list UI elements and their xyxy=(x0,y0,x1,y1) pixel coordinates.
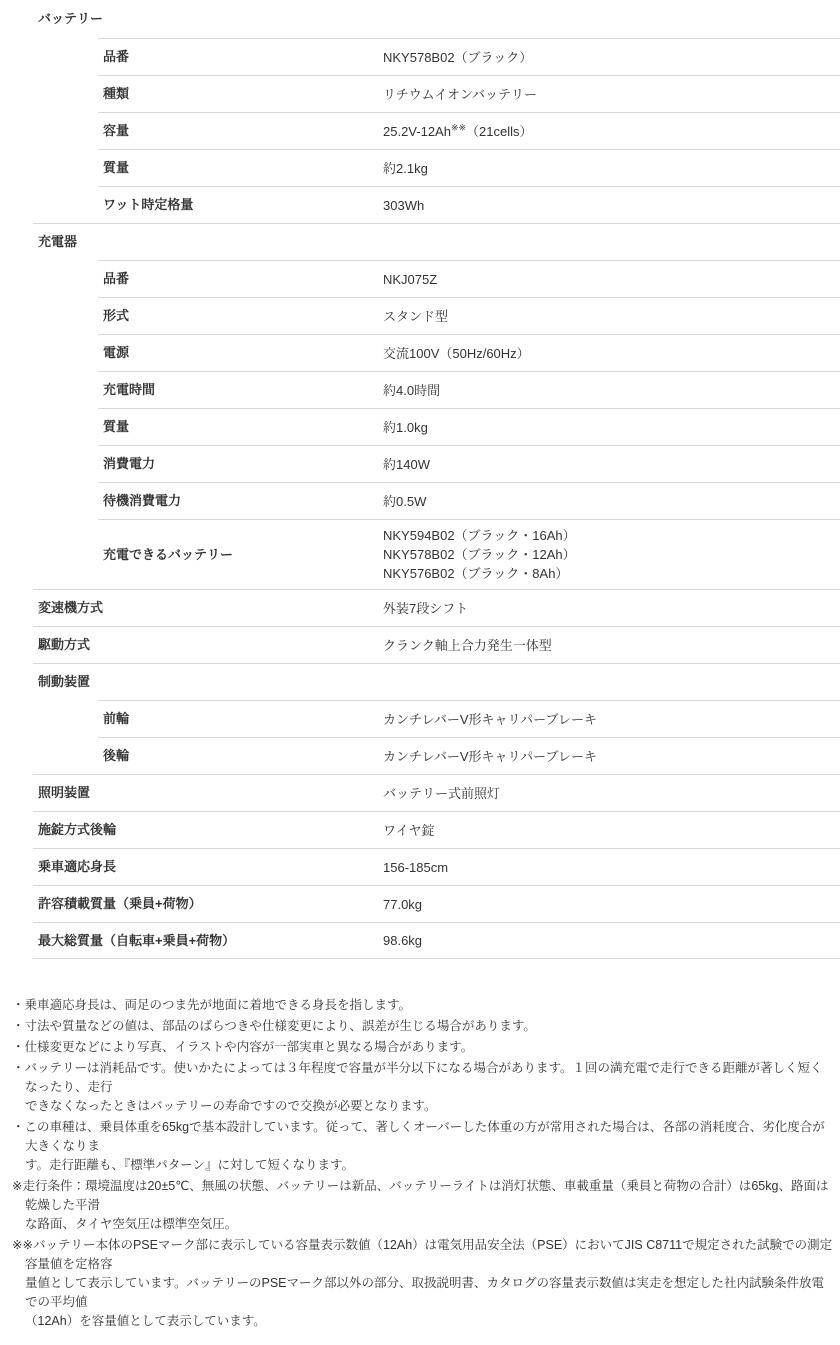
spec-label: 品番 xyxy=(103,270,383,288)
spec-label: 質量 xyxy=(103,418,383,436)
spec-value: 交流100V（50Hz/60Hz） xyxy=(383,344,840,363)
note-item: ・乗車適応身長は、両足のつま先が地面に着地できる身長を指します。 xyxy=(12,996,834,1015)
spec-label: 種類 xyxy=(103,85,383,103)
spec-row: 形式スタンド型 xyxy=(98,297,840,334)
spec-label: 後輪 xyxy=(103,747,383,765)
spec-row: 前輪カンチレバーV形キャリパーブレーキ xyxy=(98,700,840,737)
footnote-marker: ※※ xyxy=(451,122,466,132)
spec-label: 許容積載質量（乗員+荷物） xyxy=(38,895,383,913)
spec-value: 約4.0時間 xyxy=(383,381,840,400)
section-header-row: 制動装置 xyxy=(33,663,840,700)
spec-value: 156-185cm xyxy=(383,858,840,877)
spec-label: 充電時間 xyxy=(103,381,383,399)
section-header-label: 制動装置 xyxy=(38,673,383,691)
spec-row: ワット時定格量303Wh xyxy=(98,186,840,223)
spec-label: 最大総質量（自転車+乗員+荷物） xyxy=(38,932,383,950)
note-item: ・寸法や質量などの値は、部品のばらつきや仕様変更により、誤差が生じる場合がありま… xyxy=(12,1017,834,1036)
spec-row: 容量25.2V-12Ah※※（21cells） xyxy=(98,112,840,149)
spec-value: 約0.5W xyxy=(383,492,840,511)
spec-value: スタンド型 xyxy=(383,307,840,326)
note-item: ・この車種は、乗員体重を65kgで基本設計しています。従って、著しくオーバーした… xyxy=(12,1118,834,1175)
spec-row: 充電時間約4.0時間 xyxy=(98,371,840,408)
spec-value: 98.6kg xyxy=(383,931,840,950)
spec-value: NKY594B02（ブラック・16Ah） NKY578B02（ブラック・12Ah… xyxy=(383,520,840,589)
product-spec-page: バッテリー品番NKY578B02（ブラック）種類リチウムイオンバッテリー容量25… xyxy=(0,0,840,1331)
spec-label: 変速機方式 xyxy=(38,599,383,617)
spec-value: NKY578B02（ブラック） xyxy=(383,48,840,67)
spec-label: 品番 xyxy=(103,48,383,66)
spec-value: カンチレバーV形キャリパーブレーキ xyxy=(383,747,840,766)
spec-value: 約2.1kg xyxy=(383,159,840,178)
spec-label: 照明装置 xyxy=(38,784,383,802)
section-header-label: バッテリー xyxy=(38,10,383,28)
spec-row: 消費電力約140W xyxy=(98,445,840,482)
spec-row: 最大総質量（自転車+乗員+荷物）98.6kg xyxy=(33,922,840,959)
spec-value: クランク軸上合力発生一体型 xyxy=(383,636,840,655)
spec-row: 照明装置バッテリー式前照灯 xyxy=(33,774,840,811)
spec-value: リチウムイオンバッテリー xyxy=(383,85,840,104)
spec-label: 質量 xyxy=(103,159,383,177)
spec-value: 303Wh xyxy=(383,196,840,215)
spec-label: 消費電力 xyxy=(103,455,383,473)
spec-value: 約1.0kg xyxy=(383,418,840,437)
note-item: ・バッテリーは消耗品です。使いかたによっては３年程度で容量が半分以下になる場合が… xyxy=(12,1059,834,1116)
spec-value: バッテリー式前照灯 xyxy=(383,784,840,803)
notes-section: ・乗車適応身長は、両足のつま先が地面に着地できる身長を指します。・寸法や質量など… xyxy=(12,996,834,1331)
spec-row: 許容積載質量（乗員+荷物）77.0kg xyxy=(33,885,840,922)
spec-label: 容量 xyxy=(103,122,383,140)
note-item: ・仕様変更などにより写真、イラストや内容が一部実車と異なる場合があります。 xyxy=(12,1038,834,1057)
spec-label: 乗車適応身長 xyxy=(38,858,383,876)
spec-row: 質量約1.0kg xyxy=(98,408,840,445)
spec-row: 施錠方式後輪ワイヤ錠 xyxy=(33,811,840,848)
spec-value: 77.0kg xyxy=(383,895,840,914)
spec-table: バッテリー品番NKY578B02（ブラック）種類リチウムイオンバッテリー容量25… xyxy=(0,0,840,959)
spec-row: 充電できるバッテリーNKY594B02（ブラック・16Ah） NKY578B02… xyxy=(98,519,840,589)
note-item: ※走行条件：環境温度は20±5℃、無風の状態、バッテリーは新品、バッテリーライト… xyxy=(12,1177,834,1234)
spec-row: 変速機方式外装7段シフト xyxy=(33,589,840,626)
spec-label: 施錠方式後輪 xyxy=(38,821,383,839)
spec-value-text: 25.2V-12Ah xyxy=(383,124,451,139)
spec-label: 前輪 xyxy=(103,710,383,728)
section-header-label: 充電器 xyxy=(38,233,383,251)
spec-row: 乗車適応身長156-185cm xyxy=(33,848,840,885)
spec-value: ワイヤ錠 xyxy=(383,821,840,840)
note-item: ※※バッテリー本体のPSEマーク部に表示している容量表示数値（12Ah）は電気用… xyxy=(12,1236,834,1331)
spec-label: 形式 xyxy=(103,307,383,325)
spec-label: 充電できるバッテリー xyxy=(103,546,383,564)
section-header-row: 充電器 xyxy=(33,223,840,260)
spec-label: 電源 xyxy=(103,344,383,362)
spec-label: 駆動方式 xyxy=(38,636,383,654)
spec-row: 品番NKY578B02（ブラック） xyxy=(98,38,840,75)
section-header-row: バッテリー xyxy=(33,0,840,38)
spec-value: 25.2V-12Ah※※（21cells） xyxy=(383,122,840,141)
spec-row: 質量約2.1kg xyxy=(98,149,840,186)
spec-row: 電源交流100V（50Hz/60Hz） xyxy=(98,334,840,371)
spec-row: 後輪カンチレバーV形キャリパーブレーキ xyxy=(98,737,840,774)
spec-row: 待機消費電力約0.5W xyxy=(98,482,840,519)
spec-row: 品番NKJ075Z xyxy=(98,260,840,297)
spec-value: 約140W xyxy=(383,455,840,474)
spec-value: NKJ075Z xyxy=(383,270,840,289)
spec-row: 種類リチウムイオンバッテリー xyxy=(98,75,840,112)
spec-value: カンチレバーV形キャリパーブレーキ xyxy=(383,710,840,729)
spec-label: ワット時定格量 xyxy=(103,196,383,214)
spec-label: 待機消費電力 xyxy=(103,492,383,510)
spec-value: 外装7段シフト xyxy=(383,599,840,618)
spec-value-text: （21cells） xyxy=(466,124,532,139)
spec-row: 駆動方式クランク軸上合力発生一体型 xyxy=(33,626,840,663)
